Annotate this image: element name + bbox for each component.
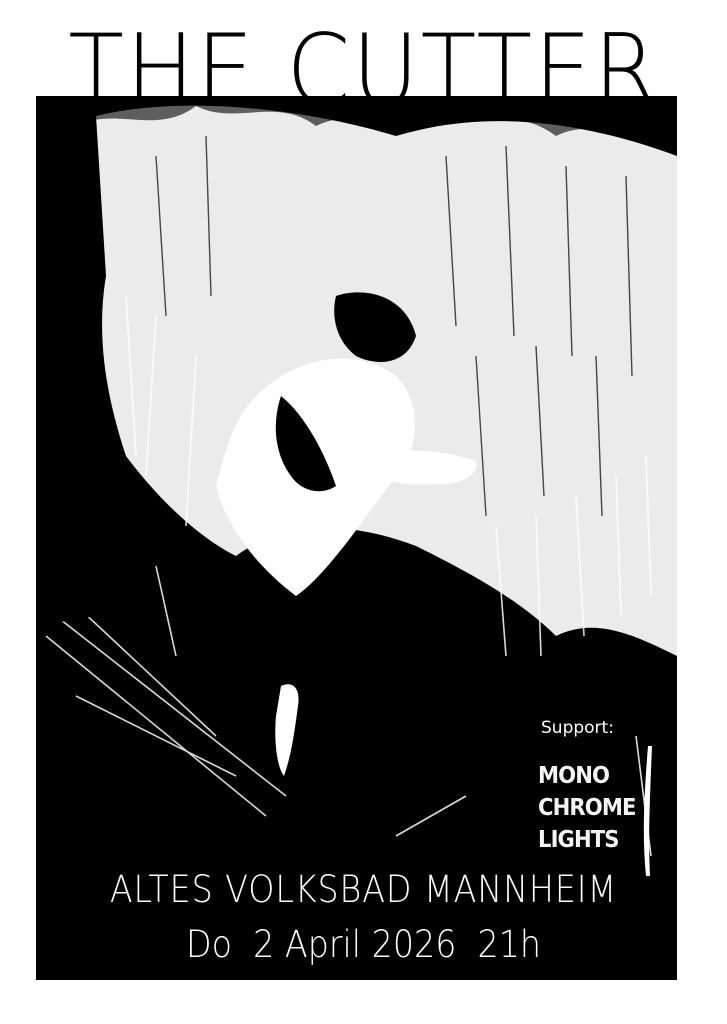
support-band-line-1: MONO [538, 760, 630, 792]
venue-name: ALTES VOLKSBAD MANNHEIM [36, 868, 690, 911]
concert-poster: THE CUTTER Support: MONO CHROME LIGHTS A… [0, 0, 727, 1024]
support-label: Support: [541, 718, 614, 738]
support-band-line-2: CHROME [538, 792, 630, 824]
support-band-line-3: LIGHTS [538, 824, 630, 856]
band-title: THE CUTTER [25, 22, 701, 120]
support-band-name: MONO CHROME LIGHTS [538, 760, 638, 856]
event-date-time: Do 2 April 2026 21h [36, 923, 690, 966]
